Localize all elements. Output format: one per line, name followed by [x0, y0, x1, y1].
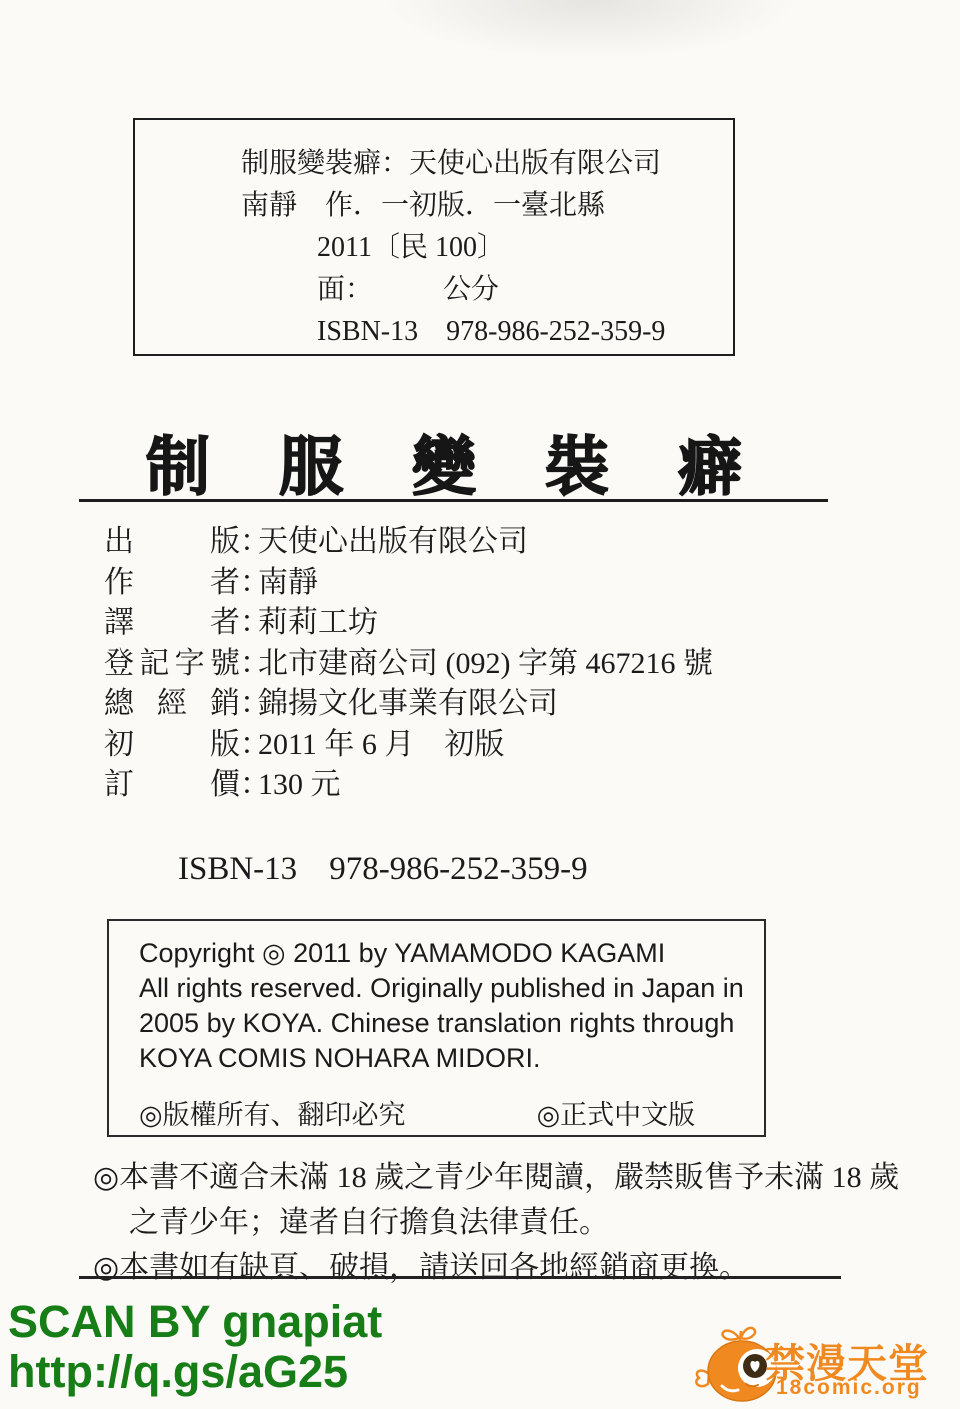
pub-value: 錦揚文化事業有限公司 [258, 678, 558, 722]
colophon-page: 制服變裝癖：天使心出版有限公司 南靜 作．一初版．一臺北縣 2011〔民 100… [0, 0, 960, 1409]
isbn-label: ISBN-13 [178, 851, 297, 887]
pub-row-distributor: 總經銷：錦揚文化事業有限公司 [104, 678, 713, 719]
pub-colon: ： [240, 516, 258, 560]
publication-info: 出版：天使心出版有限公司 作者：南靜 譯者：莉莉工坊 登記字號：北市建商公司 (… [104, 516, 713, 800]
copyright-notes-row: ◎版權所有、翻印必究◎正式中文版 [139, 1093, 695, 1132]
bottom-rule [79, 1276, 841, 1279]
pub-row-publisher: 出版：天使心出版有限公司 [104, 516, 713, 557]
pub-row-edition: 初版：2011 年 6 月 初版 [104, 719, 713, 760]
pub-value: 北市建商公司 (092) 字第 467216 號 [258, 638, 713, 682]
pub-label: 出版 [104, 516, 240, 560]
copyright-line: Copyright ◎ 2011 by YAMAMODO KAGAMI [139, 936, 764, 971]
pub-row-price: 訂價：130 元 [104, 759, 713, 800]
pub-row-translator: 譯者：莉莉工坊 [104, 597, 713, 638]
pub-label: 登記字號 [104, 638, 240, 682]
pub-row-registration: 登記字號：北市建商公司 (092) 字第 467216 號 [104, 638, 713, 679]
copyright-text: Copyright ◎ 2011 by YAMAMODO KAGAMI All … [139, 936, 764, 1076]
cip-line: 南靜 作．一初版．一臺北縣 [241, 185, 733, 227]
pub-label: 總經銷 [104, 678, 240, 722]
isbn-number: 978-986-252-359-9 [329, 851, 587, 887]
notice-age-line2: 之青少年；違者自行擔負法律責任。 [93, 1200, 899, 1245]
copyright-line: 2005 by KOYA. Chinese translation rights… [139, 1006, 764, 1041]
pub-value: 南靜 [258, 557, 318, 601]
cip-line: 2011〔民 100〕 [317, 227, 733, 269]
site-url: 18comic.org [776, 1376, 922, 1400]
scan-artifact [380, 0, 800, 60]
cip-line: 制服變裝癖：天使心出版有限公司 [241, 143, 733, 185]
scanner-credit-url: http://q.gs/aG25 [8, 1347, 382, 1397]
pub-value: 天使心出版有限公司 [258, 516, 528, 560]
pub-value: 莉莉工坊 [258, 597, 378, 641]
pub-row-author: 作者：南靜 [104, 557, 713, 598]
pub-colon: ： [240, 597, 258, 641]
copyright-line: All rights reserved. Originally publishe… [139, 971, 764, 1006]
pub-value: 2011 年 6 月 初版 [258, 719, 504, 763]
cip-isbn-line: ISBN-13 978-986-252-359-9 [317, 311, 733, 353]
notices: ◎本書不適合未滿 18 歲之青少年閱讀，嚴禁販售予未滿 18 歲 之青少年；違者… [93, 1155, 899, 1290]
pub-value: 130 元 [258, 759, 341, 803]
cip-line: 面： 公分 [317, 269, 733, 311]
notice-age-line1: ◎本書不適合未滿 18 歲之青少年閱讀，嚴禁販售予未滿 18 歲 [93, 1155, 899, 1200]
pub-colon: ： [240, 719, 258, 763]
isbn-line: ISBN-13978-986-252-359-9 [178, 851, 588, 888]
scanner-credit: SCAN BY gnapiat http://q.gs/aG25 [8, 1297, 382, 1397]
pub-colon: ： [240, 638, 258, 682]
scanner-credit-line1: SCAN BY gnapiat [8, 1297, 382, 1347]
pub-label: 訂價 [104, 759, 240, 803]
edition-note: ◎正式中文版 [537, 1100, 696, 1130]
rights-note: ◎版權所有、翻印必究 [139, 1100, 406, 1130]
cip-box: 制服變裝癖：天使心出版有限公司 南靜 作．一初版．一臺北縣 2011〔民 100… [133, 118, 735, 356]
title-rule [79, 499, 828, 502]
pub-label: 初版 [104, 719, 240, 763]
pub-label: 作者 [104, 557, 240, 601]
copyright-box: Copyright ◎ 2011 by YAMAMODO KAGAMI All … [107, 919, 766, 1137]
notice-return: ◎本書如有缺頁、破損，請送回各地經銷商更換。 [93, 1245, 899, 1290]
copyright-line: KOYA COMIS NOHARA MIDORI. [139, 1041, 764, 1076]
pub-label: 譯者 [104, 597, 240, 641]
pub-colon: ： [240, 557, 258, 601]
pub-colon: ： [240, 759, 258, 803]
pub-colon: ： [240, 678, 258, 722]
site-watermark: 禁漫天堂 18comic.org [694, 1320, 954, 1405]
book-title: 制服變裝癖 [146, 416, 811, 508]
